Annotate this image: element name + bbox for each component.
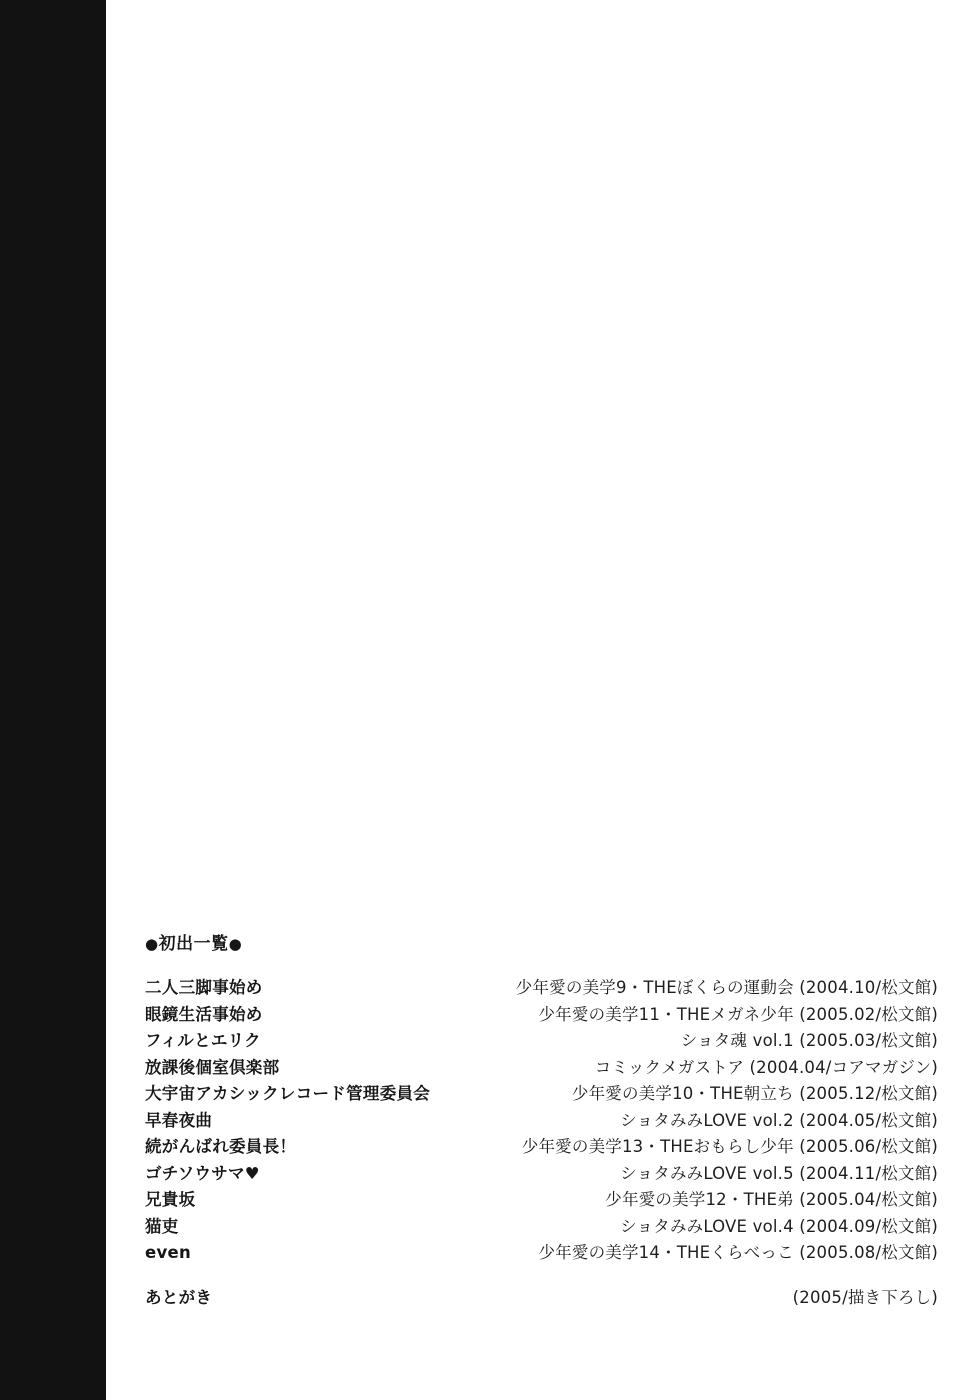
bullet-circle-icon: ●: [145, 935, 159, 953]
story-title: 早春夜曲: [145, 1108, 212, 1135]
list-item: ゴチソウサマ♥ ショタみみLOVE vol.5 (2004.11/松文館): [145, 1161, 938, 1188]
credits-rows: 二人三脚事始め 少年愛の美学9・THEぼくらの運動会 (2004.10/松文館)…: [145, 975, 938, 1267]
list-item: 二人三脚事始め 少年愛の美学9・THEぼくらの運動会 (2004.10/松文館): [145, 975, 938, 1002]
story-title: 二人三脚事始め: [145, 975, 263, 1002]
binding-edge-band: [0, 0, 106, 1400]
story-source: 少年愛の美学11・THEメガネ少年 (2005.02/松文館): [538, 1002, 938, 1029]
story-title: フィルとエリク: [145, 1028, 261, 1055]
list-item: 放課後個室倶楽部 コミックメガストア (2004.04/コアマガジン): [145, 1055, 938, 1082]
bullet-circle-icon: ●: [229, 935, 243, 953]
story-source: ショタみみLOVE vol.5 (2004.11/松文館): [620, 1161, 938, 1188]
story-title: 兄貴坂: [145, 1187, 195, 1214]
list-item: フィルとエリク ショタ魂 vol.1 (2005.03/松文館): [145, 1028, 938, 1055]
afterword-row: あとがき (2005/描き下ろし): [145, 1285, 938, 1312]
story-source: ショタみみLOVE vol.2 (2004.05/松文館): [620, 1108, 938, 1135]
story-source: ショタみみLOVE vol.4 (2004.09/松文館): [620, 1214, 938, 1241]
list-item: 大宇宙アカシックレコード管理委員会 少年愛の美学10・THE朝立ち (2005.…: [145, 1081, 938, 1108]
story-title: even: [145, 1240, 191, 1267]
story-source: 少年愛の美学14・THEくらべっこ (2005.08/松文館): [538, 1240, 938, 1267]
list-item: 猫吏 ショタみみLOVE vol.4 (2004.09/松文館): [145, 1214, 938, 1241]
story-source: ショタ魂 vol.1 (2005.03/松文館): [681, 1028, 938, 1055]
list-heading-label: 初出一覧: [159, 934, 229, 954]
afterword-title: あとがき: [145, 1285, 212, 1312]
story-title: 大宇宙アカシックレコード管理委員会: [145, 1081, 430, 1108]
story-title: 放課後個室倶楽部: [145, 1055, 279, 1082]
first-appearance-list: ●初出一覧● 二人三脚事始め 少年愛の美学9・THEぼくらの運動会 (2004.…: [145, 931, 938, 1311]
story-title: 眼鏡生活事始め: [145, 1002, 263, 1029]
story-source: 少年愛の美学13・THEおもらし少年 (2005.06/松文館): [522, 1134, 938, 1161]
story-title: 続がんばれ委員長！: [145, 1134, 296, 1161]
story-title: 猫吏: [145, 1214, 179, 1241]
list-item: 眼鏡生活事始め 少年愛の美学11・THEメガネ少年 (2005.02/松文館): [145, 1002, 938, 1029]
list-item: 続がんばれ委員長！ 少年愛の美学13・THEおもらし少年 (2005.06/松文…: [145, 1134, 938, 1161]
afterword-source: (2005/描き下ろし): [793, 1285, 938, 1312]
list-item: even 少年愛の美学14・THEくらべっこ (2005.08/松文館): [145, 1240, 938, 1267]
story-source: コミックメガストア (2004.04/コアマガジン): [595, 1055, 938, 1082]
list-item: 早春夜曲 ショタみみLOVE vol.2 (2004.05/松文館): [145, 1108, 938, 1135]
story-source: 少年愛の美学9・THEぼくらの運動会 (2004.10/松文館): [516, 975, 938, 1002]
story-source: 少年愛の美学12・THE弟 (2005.04/松文館): [605, 1187, 938, 1214]
story-title: ゴチソウサマ♥: [145, 1161, 260, 1188]
list-heading: ●初出一覧●: [145, 931, 938, 957]
list-item: 兄貴坂 少年愛の美学12・THE弟 (2005.04/松文館): [145, 1187, 938, 1214]
story-source: 少年愛の美学10・THE朝立ち (2005.12/松文館): [572, 1081, 938, 1108]
